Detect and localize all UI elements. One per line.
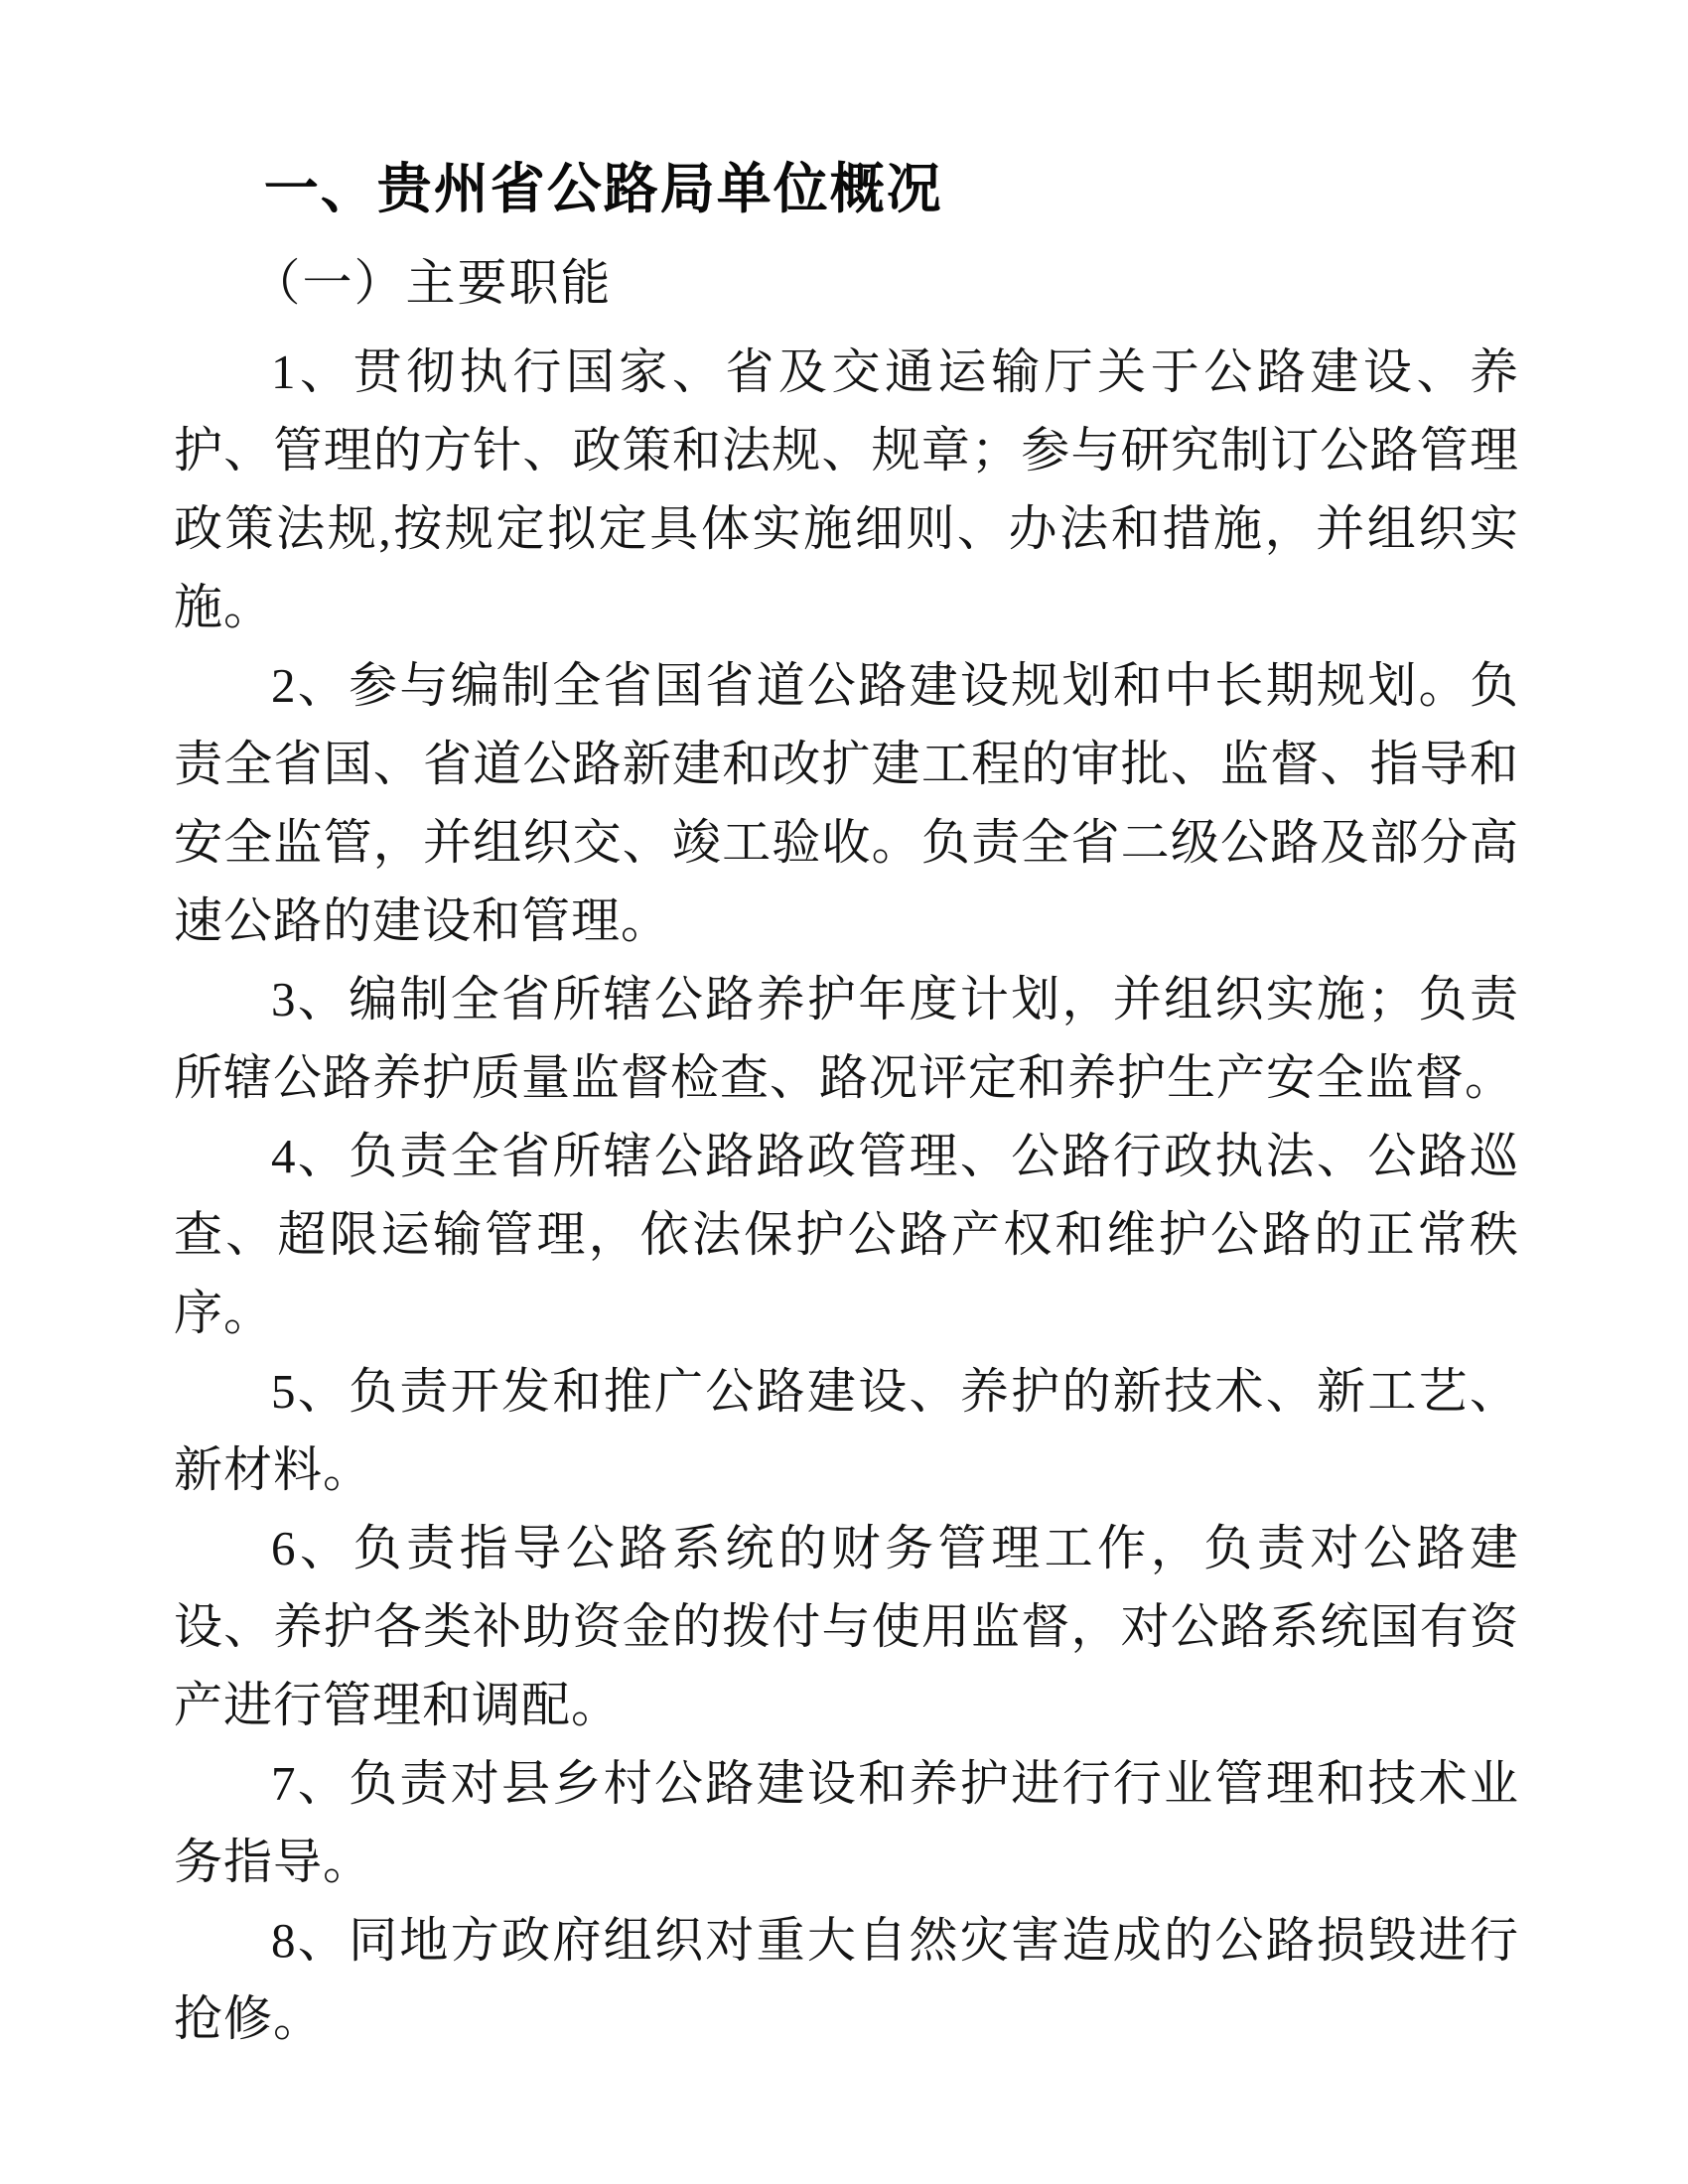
section-subtitle: （一）主要职能 bbox=[174, 244, 1519, 323]
paragraph-3: 3、编制全省所辖公路养护年度计划，并组织实施；负责所辖公路养护质量监督检查、路况… bbox=[174, 960, 1519, 1117]
paragraph-5: 5、负责开发和推广公路建设、养护的新技术、新工艺、新材料。 bbox=[174, 1352, 1519, 1509]
document-body: 1、贯彻执行国家、省及交通运输厅关于公路建设、养护、管理的方针、政策和法规、规章… bbox=[174, 333, 1519, 2058]
document-title: 一、贵州省公路局单位概况 bbox=[174, 147, 1519, 230]
paragraph-2: 2、参与编制全省国省道公路建设规划和中长期规划。负责全省国、省道公路新建和改扩建… bbox=[174, 646, 1519, 960]
paragraph-8: 8、同地方政府组织对重大自然灾害造成的公路损毁进行抢修。 bbox=[174, 1901, 1519, 2058]
paragraph-6: 6、负责指导公路系统的财务管理工作，负责对公路建设、养护各类补助资金的拨付与使用… bbox=[174, 1509, 1519, 1744]
paragraph-1: 1、贯彻执行国家、省及交通运输厅关于公路建设、养护、管理的方针、政策和法规、规章… bbox=[174, 333, 1519, 646]
document-page: 一、贵州省公路局单位概况 （一）主要职能 1、贯彻执行国家、省及交通运输厅关于公… bbox=[0, 0, 1688, 2184]
paragraph-4: 4、负责全省所辖公路路政管理、公路行政执法、公路巡查、超限运输管理，依法保护公路… bbox=[174, 1117, 1519, 1352]
paragraph-7: 7、负责对县乡村公路建设和养护进行行业管理和技术业务指导。 bbox=[174, 1744, 1519, 1901]
